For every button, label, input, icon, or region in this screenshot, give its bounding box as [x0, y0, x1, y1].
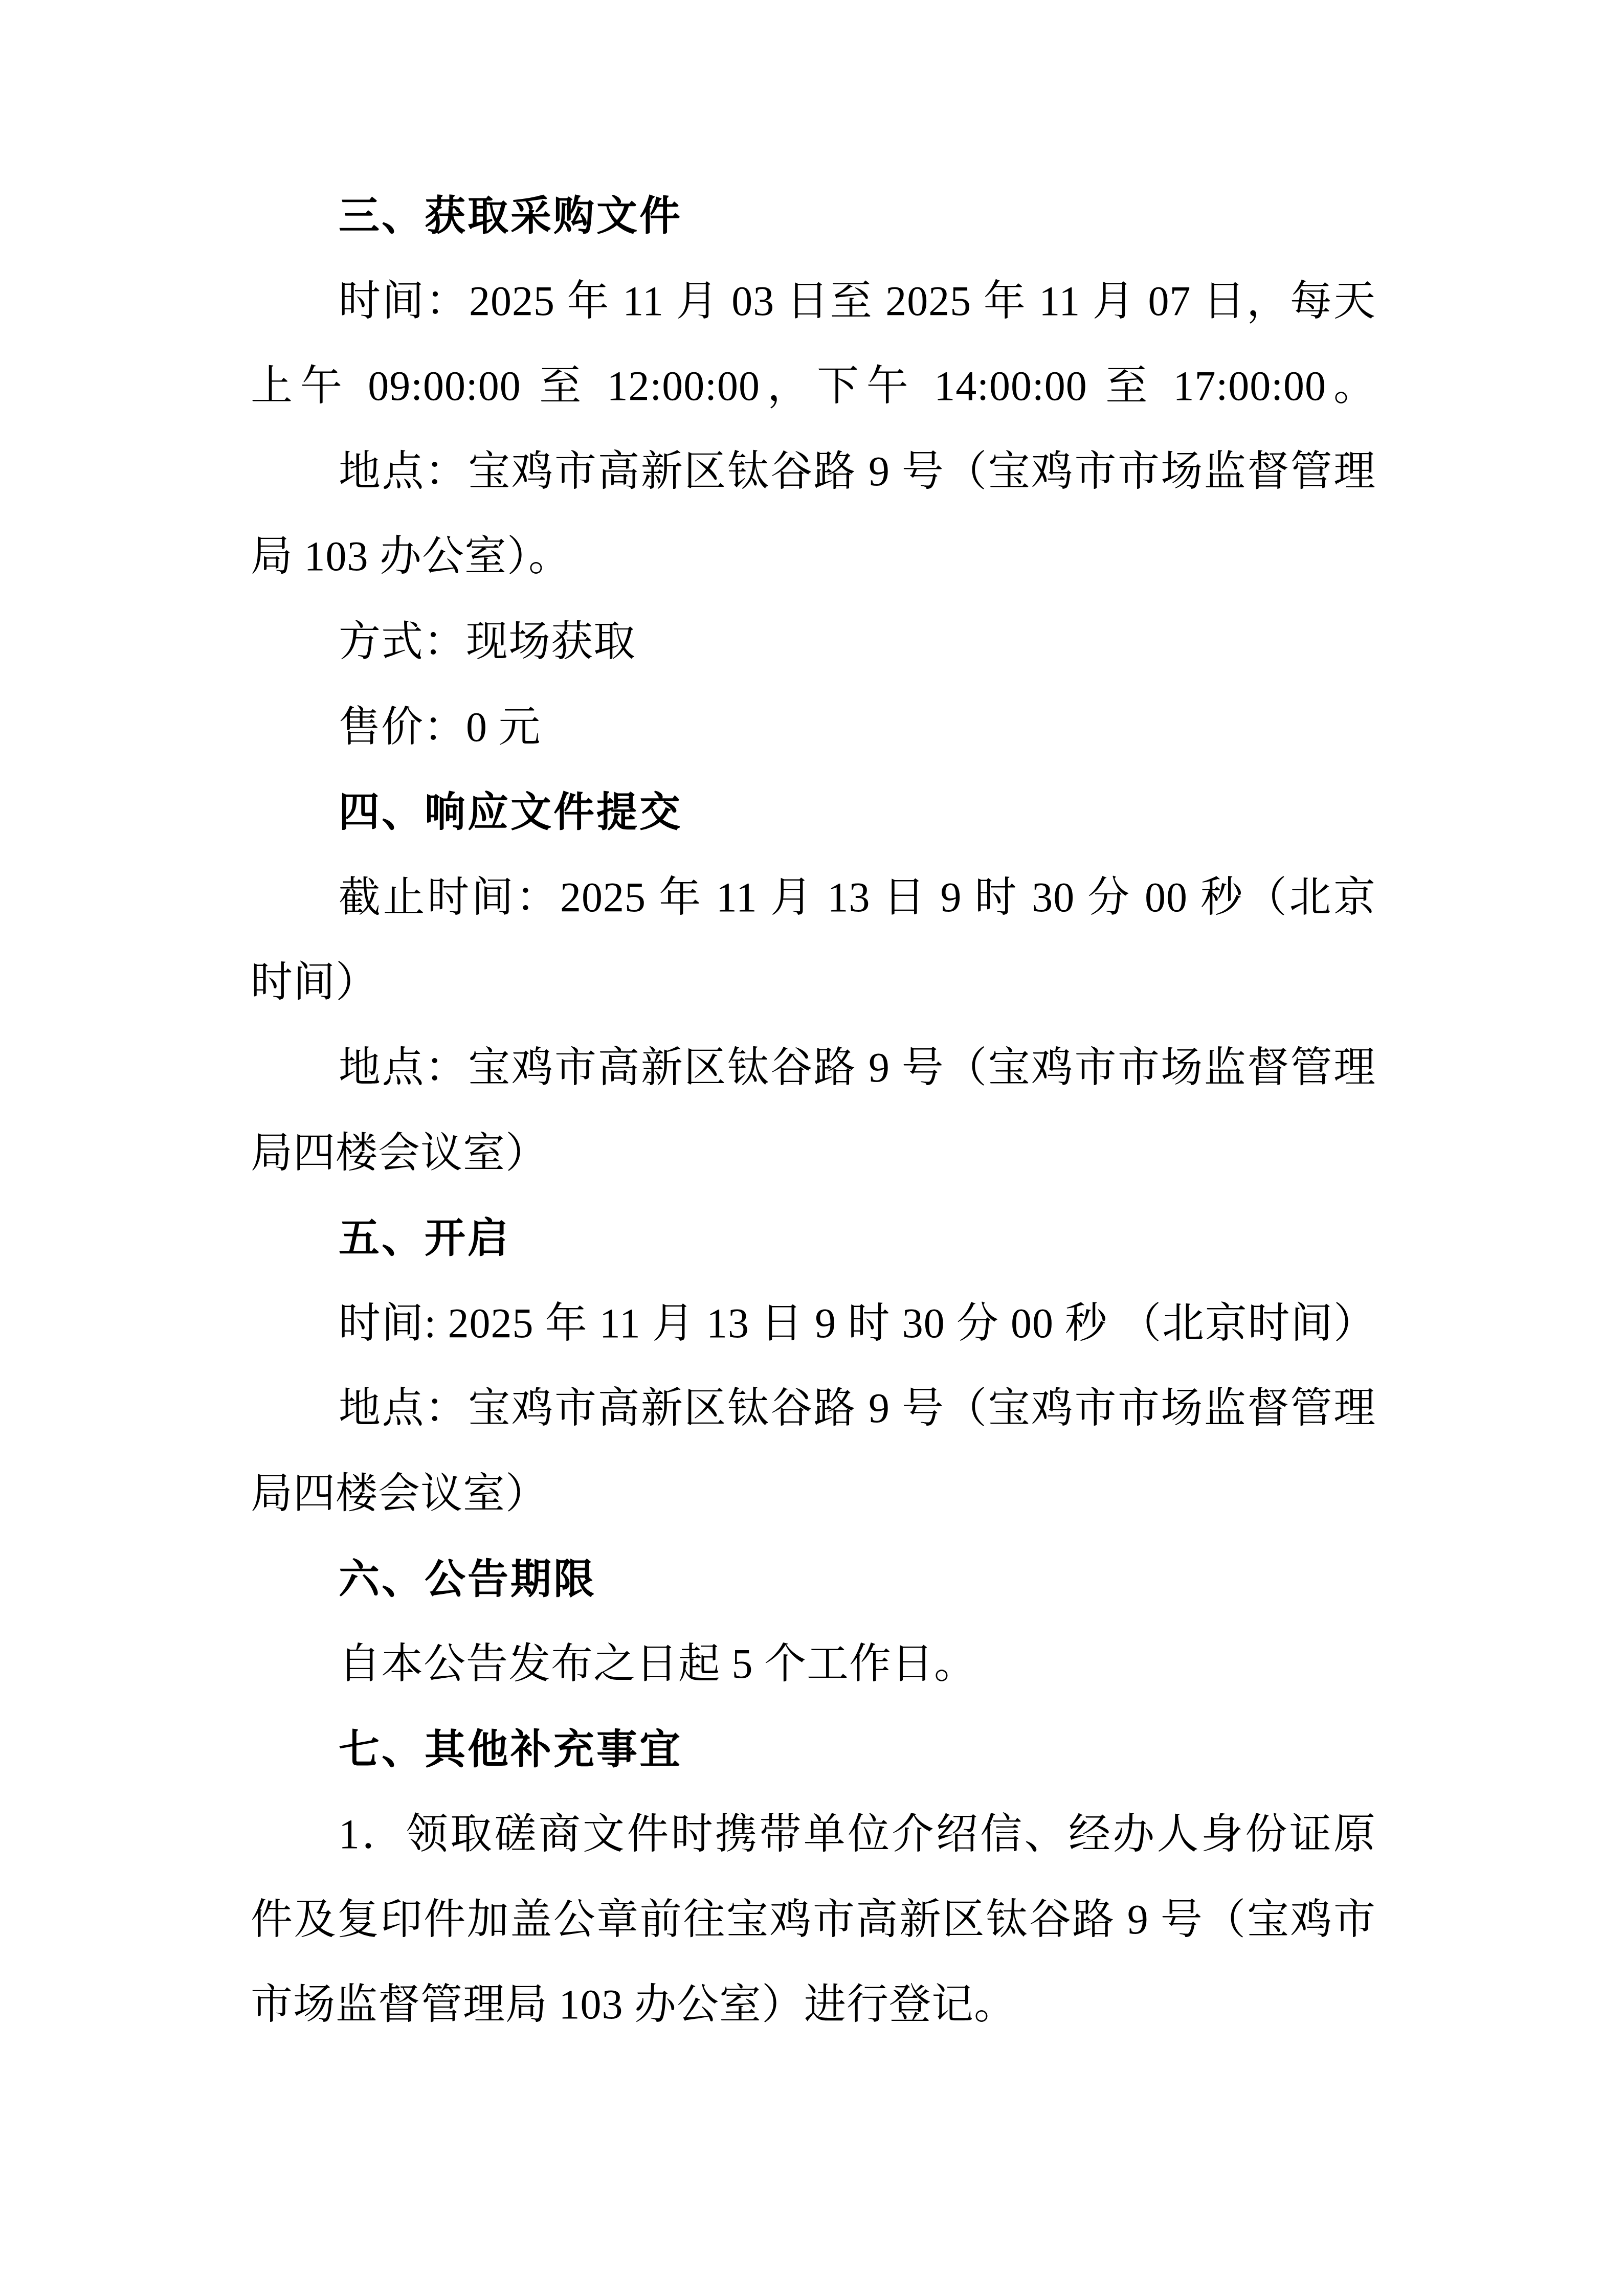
text-line: 时间: 2025 年 11 月 13 日 9 时 30 分 00 秒 （北京时间…	[251, 1281, 1376, 1366]
text-line: 件及复印件加盖公章前往宝鸡市高新区钛谷路 9 号（宝鸡市	[251, 1877, 1376, 1963]
text-line: 自本公告发布之日起 5 个工作日。	[251, 1622, 1376, 1707]
section-heading: 六、公告期限	[251, 1537, 1376, 1622]
paragraph: 地点：宝鸡市高新区钛谷路 9 号（宝鸡市市场监督管理局四楼会议室）	[251, 1366, 1376, 1536]
heading-line: 三、获取采购文件	[251, 173, 1376, 259]
text-line: 局四楼会议室）	[251, 1111, 1376, 1196]
section-heading: 七、其他补充事宜	[251, 1707, 1376, 1792]
text-line: 1．领取磋商文件时携带单位介绍信、经办人身份证原	[251, 1792, 1376, 1877]
text-line: 截止时间：2025 年 11 月 13 日 9 时 30 分 00 秒（北京	[251, 855, 1376, 940]
heading-line: 五、开启	[251, 1196, 1376, 1281]
section-heading: 四、响应文件提交	[251, 770, 1376, 855]
heading-line: 七、其他补充事宜	[251, 1707, 1376, 1792]
heading-line: 六、公告期限	[251, 1537, 1376, 1622]
text-line: 市场监督管理局 103 办公室）进行登记。	[251, 1962, 1376, 2047]
heading-line: 四、响应文件提交	[251, 770, 1376, 855]
paragraph: 地点：宝鸡市高新区钛谷路 9 号（宝鸡市市场监督管理局 103 办公室）。	[251, 429, 1376, 599]
paragraph: 截止时间：2025 年 11 月 13 日 9 时 30 分 00 秒（北京时间…	[251, 855, 1376, 1025]
paragraph: 时间: 2025 年 11 月 13 日 9 时 30 分 00 秒 （北京时间…	[251, 1281, 1376, 1366]
text-line: 地点：宝鸡市高新区钛谷路 9 号（宝鸡市市场监督管理	[251, 429, 1376, 514]
paragraph: 地点：宝鸡市高新区钛谷路 9 号（宝鸡市市场监督管理局四楼会议室）	[251, 1025, 1376, 1196]
document-page: 三、获取采购文件时间：2025 年 11 月 03 日至 2025 年 11 月…	[0, 0, 1624, 2296]
paragraph: 自本公告发布之日起 5 个工作日。	[251, 1622, 1376, 1707]
text-line: 售价：0 元	[251, 685, 1376, 770]
text-line: 上午 09:00:00 至 12:00:00，下午 14:00:00 至 17:…	[251, 344, 1376, 429]
paragraph: 时间：2025 年 11 月 03 日至 2025 年 11 月 07 日，每天…	[251, 259, 1376, 429]
text-line: 时间：2025 年 11 月 03 日至 2025 年 11 月 07 日，每天	[251, 259, 1376, 344]
section-heading: 三、获取采购文件	[251, 173, 1376, 259]
text-line: 地点：宝鸡市高新区钛谷路 9 号（宝鸡市市场监督管理	[251, 1366, 1376, 1451]
text-line: 地点：宝鸡市高新区钛谷路 9 号（宝鸡市市场监督管理	[251, 1025, 1376, 1111]
text-line: 方式：现场获取	[251, 599, 1376, 685]
paragraph: 售价：0 元	[251, 685, 1376, 770]
text-line: 局四楼会议室）	[251, 1451, 1376, 1537]
paragraph: 1．领取磋商文件时携带单位介绍信、经办人身份证原件及复印件加盖公章前往宝鸡市高新…	[251, 1792, 1376, 2047]
text-line: 时间）	[251, 940, 1376, 1025]
document-content: 三、获取采购文件时间：2025 年 11 月 03 日至 2025 年 11 月…	[251, 173, 1376, 2047]
section-heading: 五、开启	[251, 1196, 1376, 1281]
text-line: 局 103 办公室）。	[251, 514, 1376, 599]
paragraph: 方式：现场获取	[251, 599, 1376, 685]
